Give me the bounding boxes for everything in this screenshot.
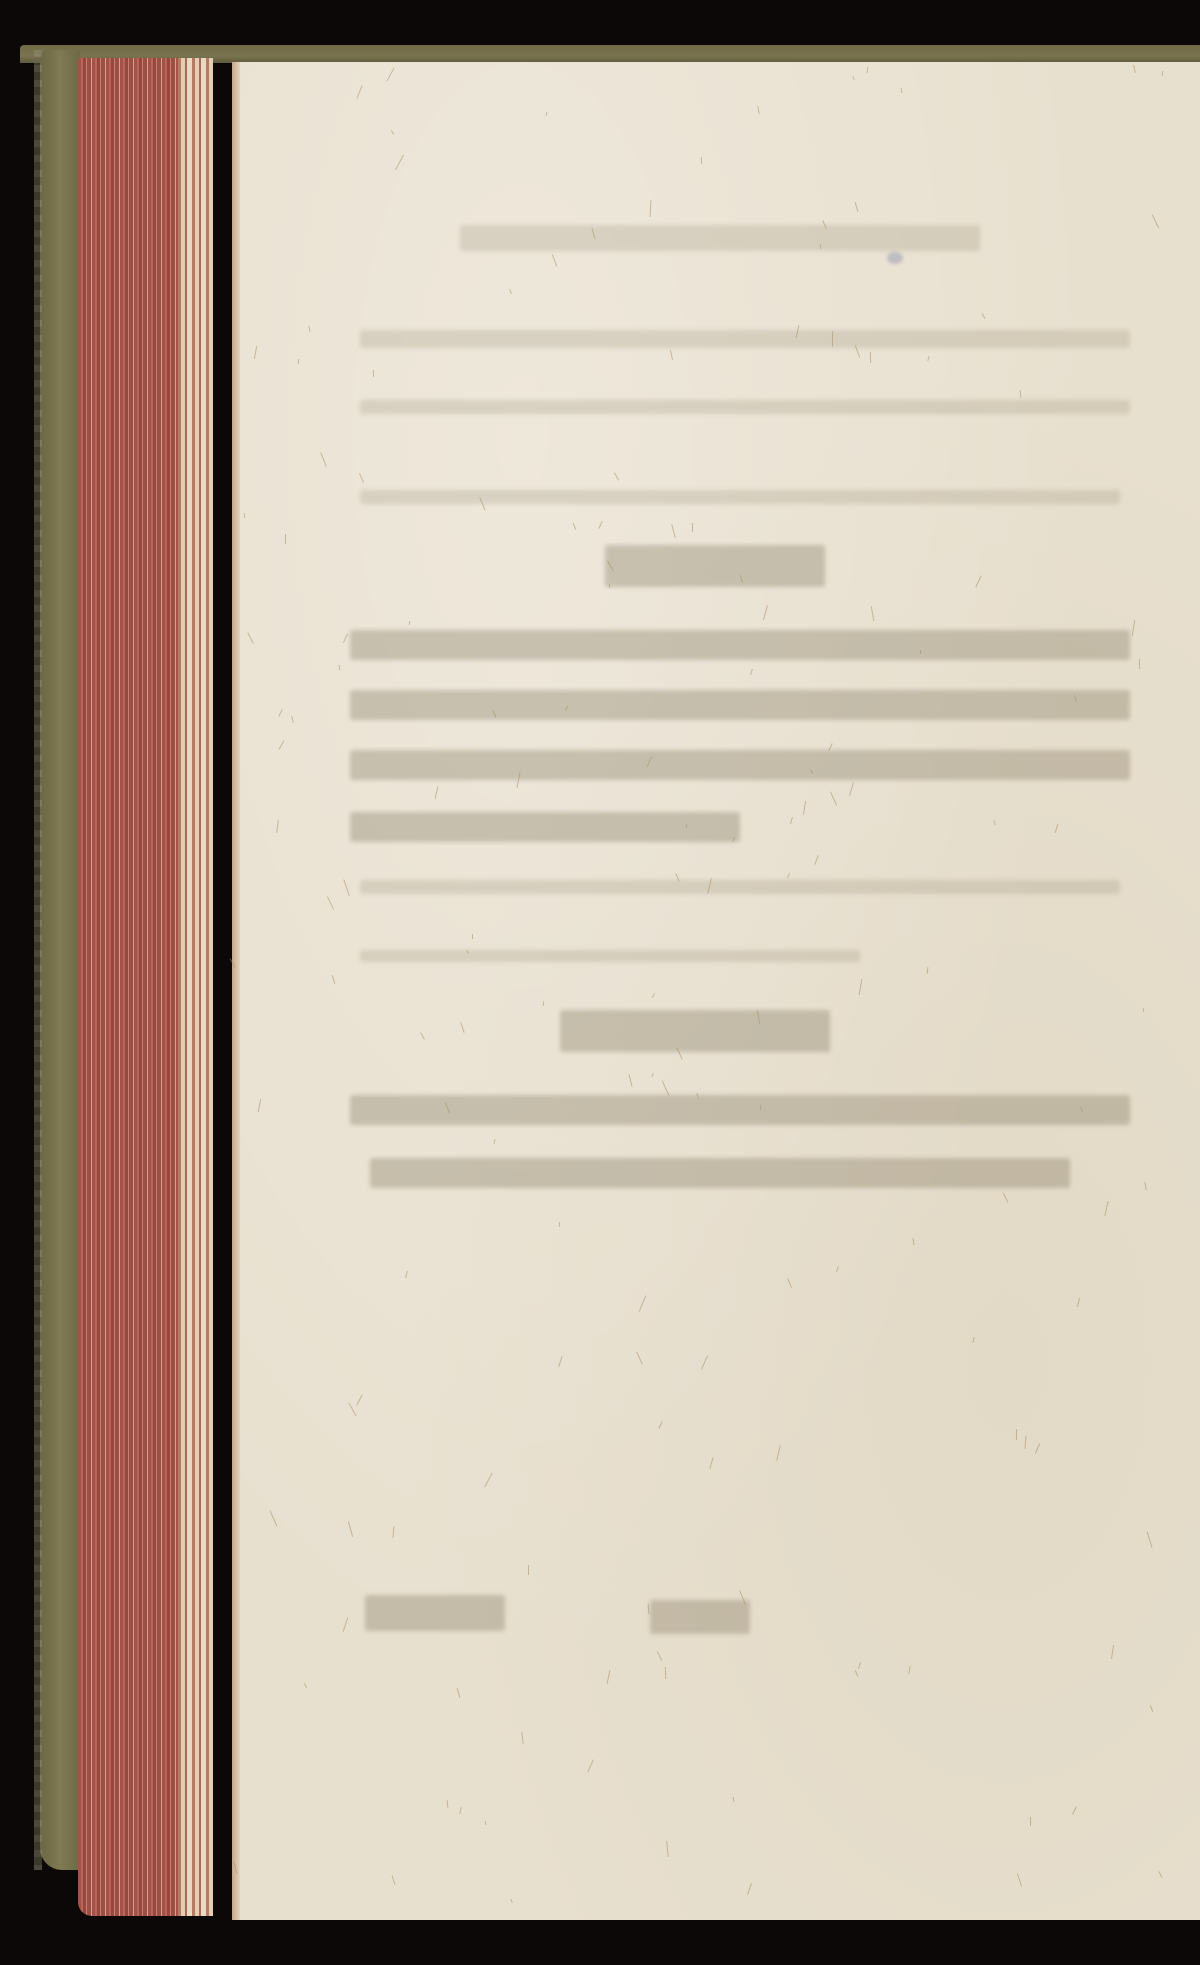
paper-fiber: [1150, 1705, 1153, 1712]
paper-fiber: [244, 513, 246, 518]
paper-fiber: [373, 370, 374, 377]
show-through-line: [360, 330, 1130, 348]
paper-fiber: [1020, 390, 1022, 398]
show-through-line: [360, 950, 860, 962]
paper-fiber: [636, 1351, 643, 1364]
paper-fiber: [1152, 215, 1159, 229]
paper-fiber: [558, 1356, 562, 1367]
paper-fiber: [750, 669, 753, 675]
paper-fiber: [927, 967, 929, 974]
paper-fiber: [836, 1266, 839, 1272]
paper-fiber: [343, 633, 348, 643]
paper-fiber: [651, 1073, 653, 1077]
page-edges-red: [78, 58, 213, 1916]
show-through-line: [360, 490, 1120, 504]
paper-fiber: [628, 1074, 632, 1087]
paper-fiber: [278, 709, 283, 717]
paper-fiber: [343, 879, 349, 895]
paper-fiber: [320, 452, 327, 466]
paper-fiber: [298, 359, 299, 364]
paper-fiber: [521, 1732, 523, 1744]
paper-fiber: [493, 1139, 495, 1144]
paper-fiber: [356, 1394, 362, 1405]
page-gutter-shadow: [232, 62, 240, 1920]
paper-fiber: [528, 1565, 529, 1575]
paper-fiber: [270, 1511, 278, 1527]
paper-fiber: [975, 575, 981, 587]
paper-fiber: [434, 786, 438, 799]
ink-stain: [887, 252, 903, 264]
paper-fiber: [409, 621, 410, 625]
paper-fiber: [814, 855, 819, 865]
paper-fiber: [982, 313, 986, 319]
show-through-text-line: [370, 1158, 1070, 1188]
paper-fiber: [395, 155, 404, 170]
paper-fiber: [1017, 1873, 1022, 1887]
book-scan: [0, 0, 1200, 1965]
paper-fiber: [472, 934, 473, 939]
paper-fiber: [1077, 1298, 1080, 1307]
show-through-text-line: [350, 630, 1130, 660]
paper-fiber: [391, 130, 394, 135]
paper-fiber: [733, 1797, 735, 1802]
paper-fiber: [657, 1651, 662, 1660]
paper-fiber: [254, 346, 257, 359]
paper-fiber: [392, 1526, 394, 1538]
paper-fiber: [1104, 1201, 1108, 1216]
paper-fiber: [1158, 1871, 1162, 1878]
paper-fiber: [1035, 1443, 1040, 1453]
paper-fiber: [901, 88, 903, 93]
paper-fiber: [855, 202, 859, 212]
paper-fiber: [709, 1457, 713, 1469]
show-through-text-line: [350, 690, 1130, 720]
paper-fiber: [420, 1032, 425, 1039]
paper-fiber: [447, 1800, 449, 1808]
paper-fiber: [276, 820, 279, 833]
paper-fiber: [790, 817, 793, 824]
paper-fiber: [747, 1883, 752, 1895]
show-through-header: [460, 225, 980, 251]
paper-fiber: [670, 350, 673, 360]
show-through-text-line: [350, 1095, 1130, 1125]
paper-fiber: [386, 68, 394, 82]
paper-fiber: [1016, 1429, 1017, 1440]
paper-fiber: [993, 820, 995, 825]
paper-fiber: [573, 523, 576, 530]
paper-fiber: [757, 106, 759, 114]
book-cover-spine-edge: [40, 50, 80, 1870]
paper-fiber: [658, 1421, 662, 1429]
paper-fiber: [908, 1666, 910, 1674]
paper-fiber: [855, 1670, 859, 1677]
paper-fiber: [1133, 65, 1136, 73]
paper-fiber: [852, 76, 854, 80]
paper-fiber: [776, 1445, 781, 1461]
paper-fiber: [285, 534, 286, 544]
paper-fiber: [1003, 1192, 1009, 1202]
paper-fiber: [405, 1271, 408, 1278]
paper-fiber: [459, 1807, 462, 1814]
paper-fiber: [701, 157, 702, 164]
paper-fiber: [332, 975, 336, 984]
paper-fiber: [559, 1222, 560, 1227]
paper-fiber: [1139, 659, 1140, 669]
paper-fiber: [652, 993, 655, 998]
paper-fiber: [509, 289, 512, 294]
show-through-text-line: [350, 812, 740, 842]
paper-fiber: [339, 665, 341, 670]
paper-fiber: [867, 67, 869, 73]
paper-fiber: [871, 606, 875, 621]
paper-fiber: [1162, 71, 1164, 76]
show-through-text-line: [350, 750, 1130, 780]
paper-fiber: [787, 1278, 792, 1287]
paper-fiber: [972, 1337, 974, 1343]
paper-fiber: [1111, 1645, 1114, 1659]
paper-fiber: [304, 1683, 307, 1688]
paper-fiber: [587, 1759, 594, 1772]
paper-fiber: [665, 1667, 666, 1679]
paper-fiber: [392, 1875, 396, 1885]
paper-fiber: [485, 1821, 487, 1825]
show-through-line: [360, 880, 1120, 894]
paper-fiber: [457, 1688, 461, 1698]
paper-fiber: [279, 740, 285, 749]
show-through-line: [360, 400, 1130, 414]
paper-fiber: [291, 716, 294, 723]
paper-fiber: [787, 873, 790, 878]
paper-fiber: [920, 650, 921, 654]
paper-fiber: [639, 1295, 646, 1311]
paper-fiber: [662, 1080, 669, 1095]
paper-fiber: [356, 85, 362, 98]
paper-fiber: [359, 473, 364, 482]
paper-fiber: [308, 326, 310, 332]
paper-fiber: [763, 605, 768, 620]
paper-fiber: [1072, 1806, 1077, 1815]
paper-fiber: [348, 1521, 353, 1537]
paper-fiber: [1055, 824, 1059, 833]
paper-fiber: [1143, 1008, 1144, 1012]
paper-fiber: [1030, 1817, 1031, 1826]
paper-fiber: [701, 1355, 708, 1369]
paper-fiber: [1147, 1531, 1153, 1548]
paper-fiber: [803, 801, 806, 815]
show-through-catchword: [650, 1600, 750, 1634]
paper-fiber: [484, 1473, 492, 1488]
page-paper: [232, 62, 1200, 1920]
paper-fiber: [1024, 1436, 1026, 1449]
paper-fiber: [692, 523, 693, 532]
paper-fiber: [327, 896, 334, 909]
paper-fiber: [870, 352, 871, 363]
paper-fiber: [510, 1899, 513, 1903]
paper-fiber: [247, 632, 253, 643]
paper-fiber: [1144, 1182, 1146, 1190]
show-through-heading: [605, 545, 825, 587]
paper-fiber: [666, 1841, 669, 1857]
paper-fiber: [258, 1099, 261, 1112]
paper-fiber: [859, 979, 863, 995]
paper-fiber: [607, 1670, 611, 1684]
paper-fiber: [671, 524, 676, 538]
paper-fiber: [543, 1001, 545, 1006]
paper-fiber: [460, 1022, 464, 1033]
paper-fiber: [1132, 620, 1135, 636]
show-through-catchword: [365, 1595, 505, 1631]
paper-fiber: [849, 782, 854, 796]
paper-fiber: [858, 1662, 861, 1669]
paper-fiber: [912, 1238, 914, 1245]
paper-fiber: [614, 472, 619, 480]
paper-fiber: [609, 584, 610, 588]
paper-fiber: [650, 200, 652, 217]
paper-fiber: [830, 791, 837, 805]
paper-fiber: [343, 1617, 349, 1632]
paper-fiber: [598, 521, 602, 529]
paper-fiber: [552, 254, 557, 267]
paper-fiber: [927, 356, 929, 361]
show-through-heading: [560, 1010, 830, 1052]
paper-fiber: [546, 112, 548, 116]
